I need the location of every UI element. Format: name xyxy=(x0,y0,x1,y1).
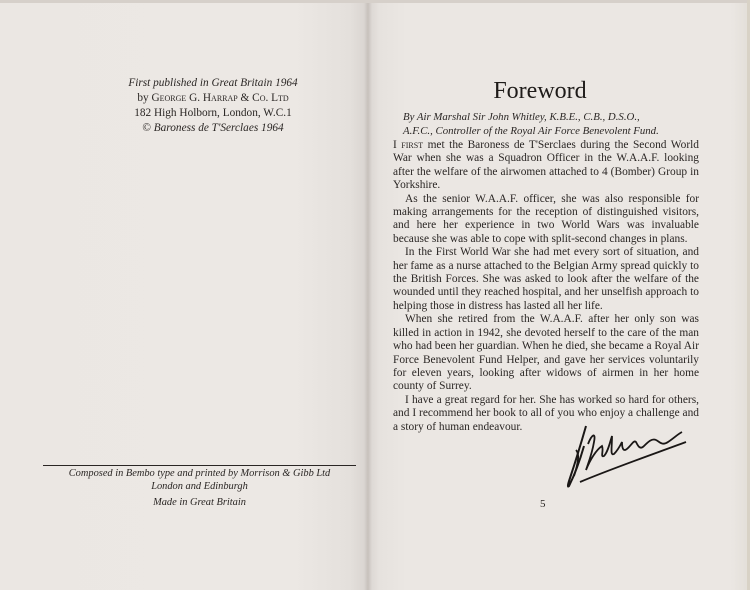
copyright-icon: © xyxy=(142,122,151,134)
copyright-text: Baroness de T'Serclaes 1964 xyxy=(151,122,284,134)
paragraph-2: As the senior W.A.A.F. officer, she was … xyxy=(393,193,699,247)
byline-line-1: By Air Marshal Sir John Whitley, K.B.E.,… xyxy=(403,111,703,125)
publisher-address: 182 High Holborn, London, W.C.1 xyxy=(118,106,308,121)
signature-icon xyxy=(558,420,688,500)
publisher-prefix: by xyxy=(137,92,151,104)
colophon-block: Composed in Bembo type and printed by Mo… xyxy=(43,468,356,510)
first-published-line: First published in Great Britain 1964 xyxy=(118,76,308,91)
copyright-line: © Baroness de T'Serclaes 1964 xyxy=(118,121,308,136)
paragraph-text: met the Baroness de T'Serclaes during th… xyxy=(393,139,699,191)
paragraph-lead: I first xyxy=(393,139,423,151)
publisher-name: George G. Harrap & Co. Ltd xyxy=(151,92,288,104)
publisher-line: by George G. Harrap & Co. Ltd xyxy=(118,91,308,106)
colophon-divider xyxy=(43,465,356,466)
paragraph-3: In the First World War she had met every… xyxy=(393,246,699,313)
book-gutter xyxy=(364,0,372,590)
paragraph-1: I first met the Baroness de T'Serclaes d… xyxy=(393,139,699,193)
foreword-body: I first met the Baroness de T'Serclaes d… xyxy=(393,139,699,434)
foreword-title: Foreword xyxy=(380,77,700,105)
byline-line-2: A.F.C., Controller of the Royal Air Forc… xyxy=(403,125,703,139)
foreword-byline: By Air Marshal Sir John Whitley, K.B.E.,… xyxy=(403,111,703,138)
colophon-made-in-line: Made in Great Britain xyxy=(43,497,356,510)
left-page: First published in Great Britain 1964 by… xyxy=(0,0,368,590)
book-spread: First published in Great Britain 1964 by… xyxy=(0,0,750,590)
page-top-edge xyxy=(0,0,750,3)
colophon-location-line: London and Edinburgh xyxy=(43,481,356,494)
imprint-block: First published in Great Britain 1964 by… xyxy=(118,76,308,136)
paragraph-4: When she retired from the W.A.A.F. after… xyxy=(393,313,699,393)
colophon-printer-line: Composed in Bembo type and printed by Mo… xyxy=(43,468,356,481)
page-number: 5 xyxy=(540,498,546,510)
